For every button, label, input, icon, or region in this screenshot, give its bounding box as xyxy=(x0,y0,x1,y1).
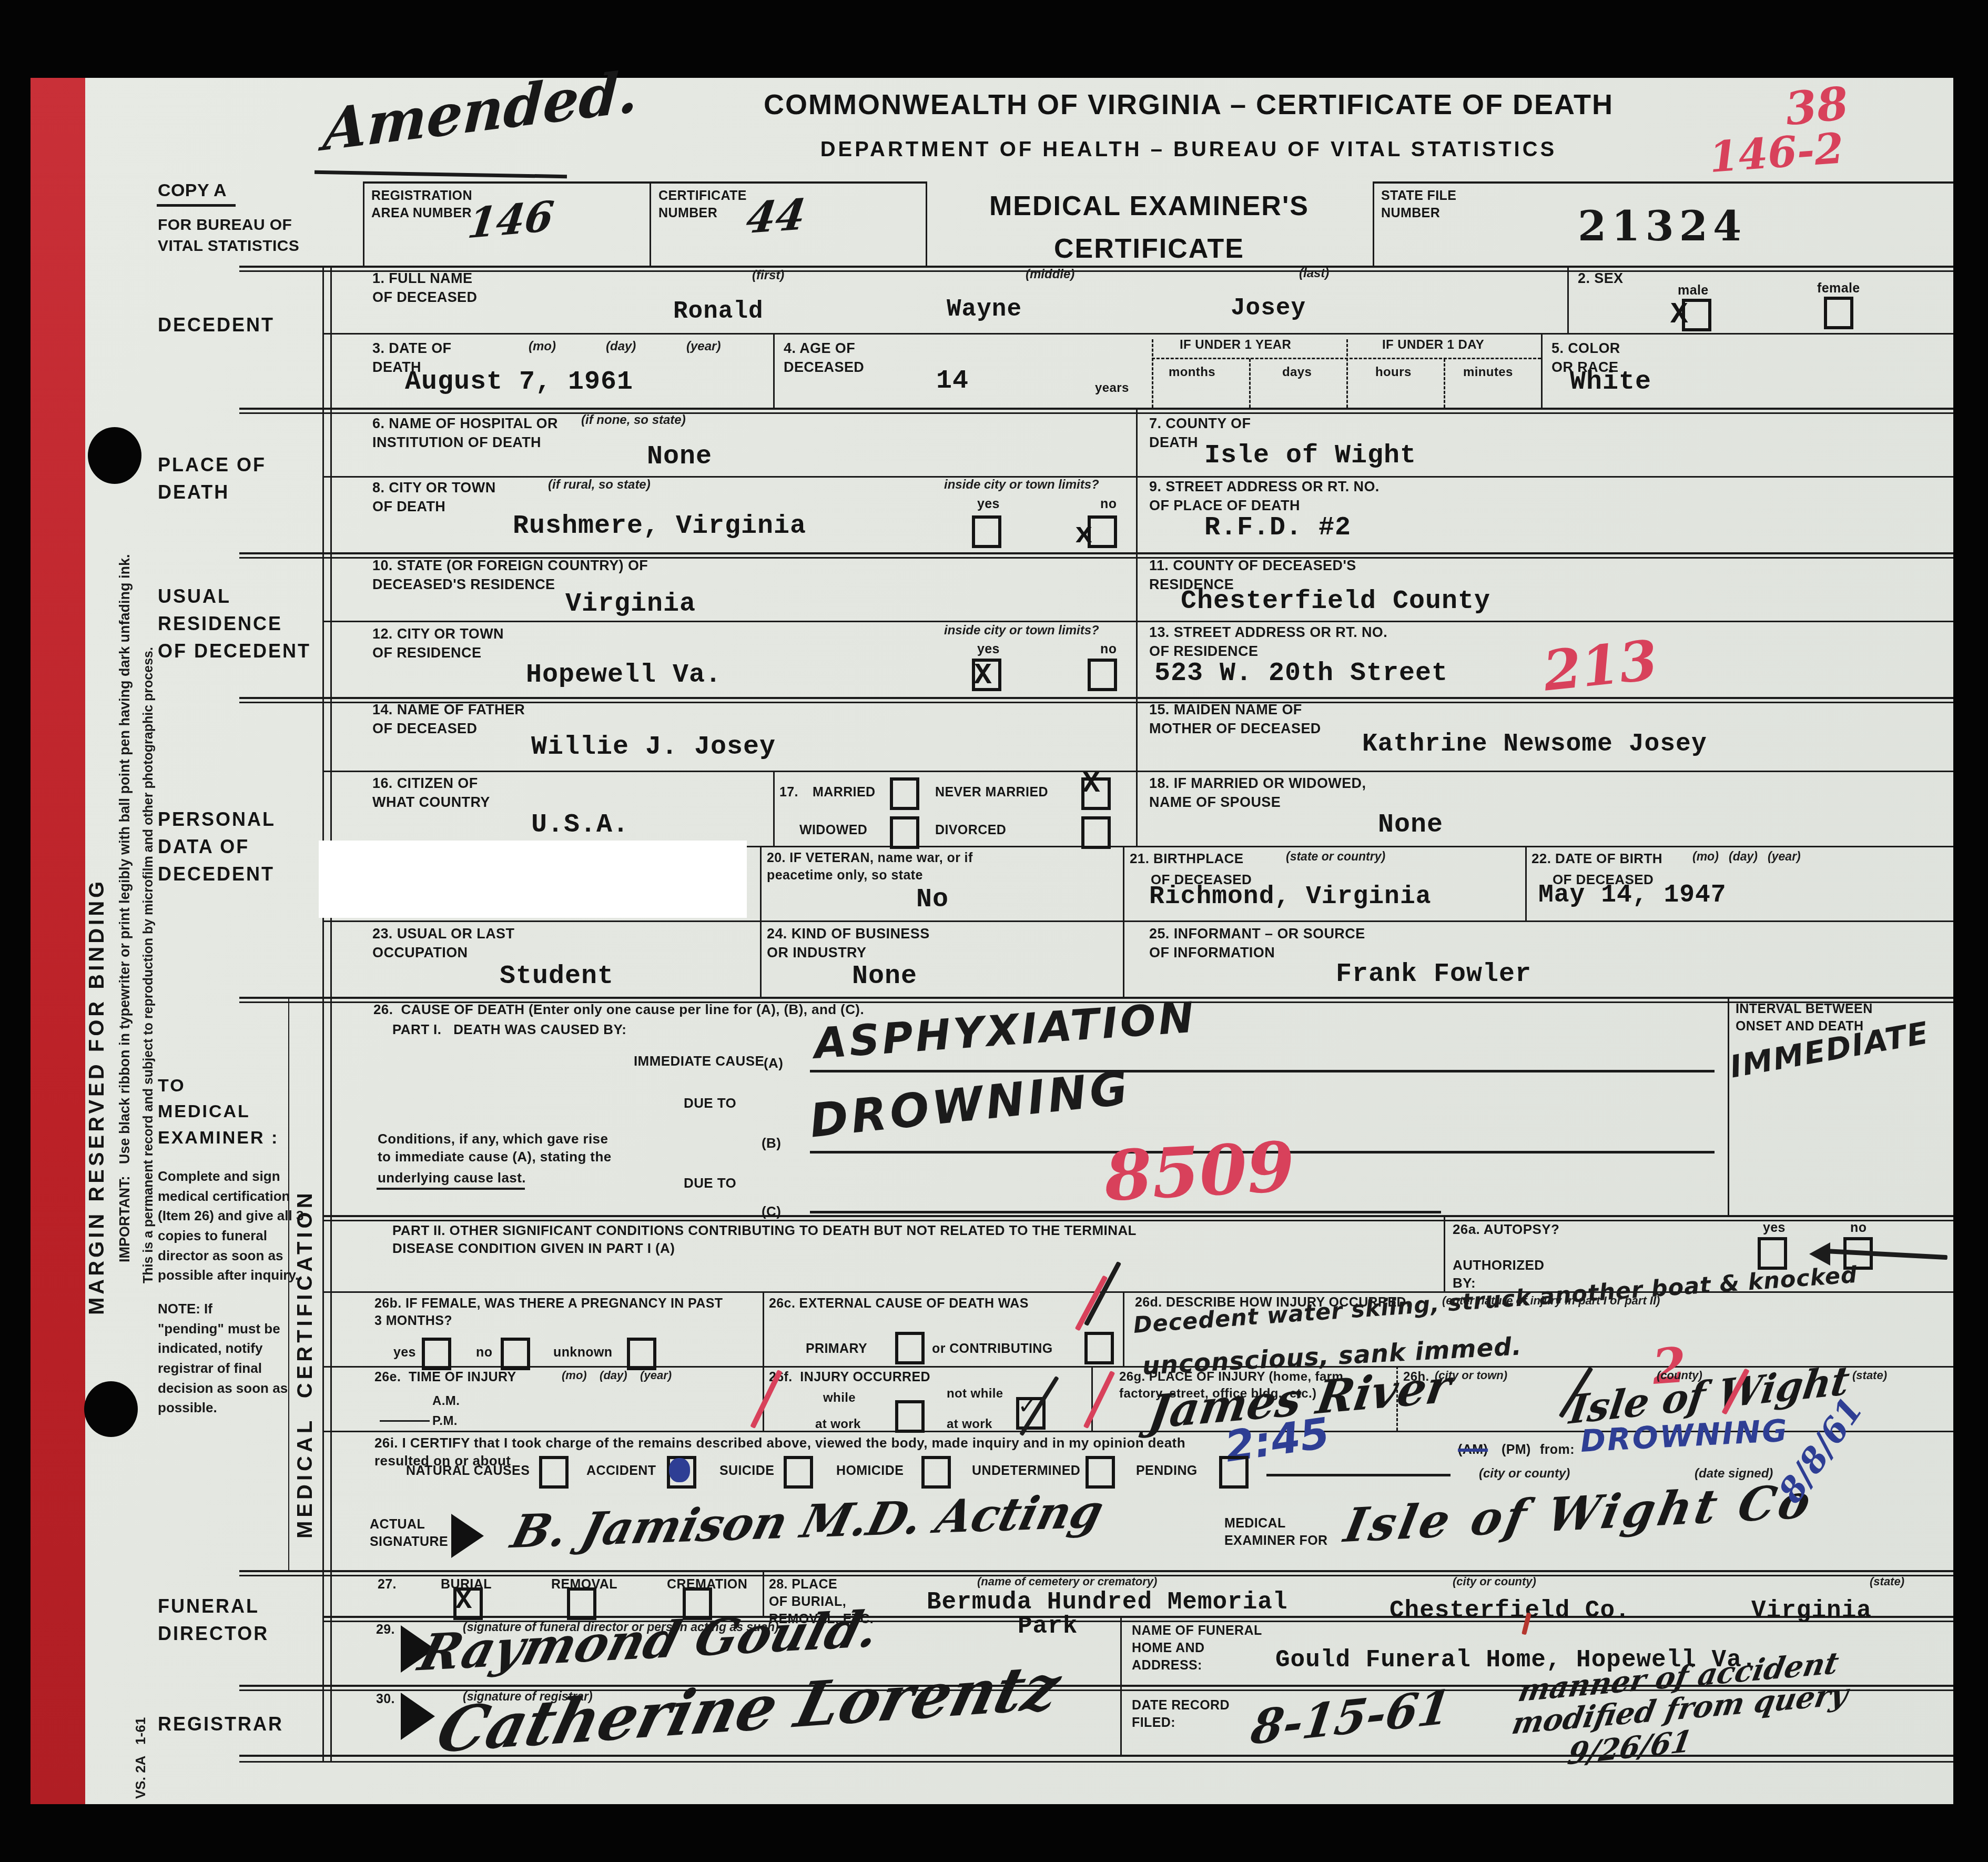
disposition-number: 27. xyxy=(378,1576,397,1593)
female-checkbox xyxy=(1824,297,1853,329)
line xyxy=(773,333,775,408)
immediate-cause-label: IMMEDIATE CAUSE xyxy=(634,1052,764,1070)
pending-checkbox xyxy=(1219,1456,1249,1489)
cause-b-tag: (B) xyxy=(762,1134,781,1152)
spouse-label: 18. IF MARRIED OR WIDOWED, NAME OF SPOUS… xyxy=(1149,774,1366,812)
line xyxy=(1541,333,1543,408)
dob-label: 22. DATE OF BIRTH xyxy=(1531,849,1662,867)
citizen-label: 16. CITIZEN OF WHAT COUNTRY xyxy=(372,774,490,812)
line xyxy=(322,621,1953,622)
registrar-number: 30. xyxy=(376,1691,395,1708)
at-work-label: at work xyxy=(815,1416,861,1433)
father-value: Willie J. Josey xyxy=(531,732,776,762)
hospital-hint: (if none, so state) xyxy=(581,413,686,428)
section-personal-data: PERSONAL DATA OF DECEDENT xyxy=(158,806,276,888)
pregnancy-no-checkbox xyxy=(501,1338,530,1370)
under-1-day-label: IF UNDER 1 DAY xyxy=(1382,337,1484,353)
red-file-note-bottom: 146-2 xyxy=(1708,123,1845,182)
suicide-checkbox xyxy=(784,1456,813,1489)
cemetery-hint: (name of cemetery or crematory) xyxy=(977,1575,1157,1588)
last-hint: (last) xyxy=(1299,266,1329,281)
redaction-box xyxy=(319,841,747,918)
pm-option-label: (PM) xyxy=(1502,1441,1531,1459)
pregnancy-yes-label: yes xyxy=(393,1344,416,1361)
business-value: None xyxy=(852,962,917,991)
state-residence-label: 10. STATE (OR FOREIGN COUNTRY) OF DECEAS… xyxy=(372,556,648,594)
pregnancy-yes-checkbox xyxy=(422,1338,451,1370)
pregnancy-no-label: no xyxy=(476,1344,492,1361)
conditions-note-underlined: underlying cause last. xyxy=(378,1169,526,1187)
hospital-value: None xyxy=(647,442,712,472)
year-hint: (year) xyxy=(686,339,721,354)
middle-hint: (middle) xyxy=(1026,267,1074,282)
line xyxy=(1728,997,1729,1215)
citizen-value: U.S.A. xyxy=(531,810,629,840)
injury-state-hint: (state) xyxy=(1852,1369,1887,1382)
line xyxy=(1249,359,1251,408)
line xyxy=(239,697,1953,699)
minutes-label: minutes xyxy=(1463,364,1513,381)
line xyxy=(1136,697,1138,771)
while-label: while xyxy=(823,1390,856,1406)
pm-label: P.M. xyxy=(432,1413,458,1430)
funeral-number: 29. xyxy=(376,1621,395,1638)
section-funeral-director: FUNERAL DIRECTOR xyxy=(158,1593,269,1647)
veteran-label: 20. IF VETERAN, name war, or if peacetim… xyxy=(767,849,973,884)
punch-hole xyxy=(88,427,141,484)
contributing-label: or CONTRIBUTING xyxy=(932,1340,1053,1358)
mo-hint: (mo) xyxy=(529,339,556,354)
first-hint: (first) xyxy=(752,268,784,283)
line xyxy=(1136,408,1138,552)
registrar-signature-arrow-icon xyxy=(401,1693,435,1740)
veteran-value: No xyxy=(916,885,949,915)
autopsy-yes-label: yes xyxy=(1763,1219,1786,1237)
birthplace-value: Richmond, Virginia xyxy=(1149,883,1431,911)
line xyxy=(239,997,1953,999)
autopsy-label: 26a. AUTOPSY? xyxy=(1453,1220,1559,1238)
homicide-checkbox xyxy=(921,1456,951,1489)
line xyxy=(330,266,332,1761)
am-struck-label: (AM) xyxy=(1458,1441,1488,1459)
state-file-number-value: 21324 xyxy=(1578,203,1747,250)
marital-number: 17. xyxy=(779,784,798,801)
cause-of-death-label: 26. CAUSE OF DEATH (Enter only one cause… xyxy=(373,1000,864,1018)
cause-a-tag: (A) xyxy=(764,1054,783,1072)
sex-male-label: male xyxy=(1678,282,1709,299)
dob-hints: (mo) (day) (year) xyxy=(1692,849,1801,864)
signature-arrow-icon xyxy=(451,1514,484,1558)
pregnancy-label: 26b. IF FEMALE, WAS THERE A PREGNANCY IN… xyxy=(374,1295,723,1330)
section-medical-certification: MEDICAL CERTIFICATION xyxy=(293,1044,317,1539)
line xyxy=(239,408,1953,410)
occupation-label: 23. USUAL OR LAST OCCUPATION xyxy=(372,925,514,962)
line xyxy=(322,333,1953,335)
limits-no-checkbox-2 xyxy=(1088,659,1117,691)
line xyxy=(239,412,1953,414)
street-residence-value: 523 W. 20th Street xyxy=(1154,659,1448,689)
father-label: 14. NAME OF FATHER OF DECEASED xyxy=(372,701,525,738)
form-code: VS. 2A 1-61 xyxy=(133,1662,149,1799)
not-while-label: not while xyxy=(947,1385,1003,1402)
line xyxy=(1123,920,1124,997)
line xyxy=(760,920,762,997)
line xyxy=(322,1215,1953,1217)
line xyxy=(322,1366,1953,1368)
sex-label: 2. SEX xyxy=(1578,269,1623,288)
section-decedent: DECEDENT xyxy=(158,311,275,339)
time-blank-line xyxy=(380,1420,430,1422)
natural-causes-checkbox xyxy=(539,1456,569,1489)
state-residence-value: Virginia xyxy=(565,589,696,619)
line xyxy=(1373,181,1374,267)
pregnancy-unknown-label: unknown xyxy=(553,1344,613,1361)
copy-label: COPY A xyxy=(158,179,227,203)
conditions-note: Conditions, if any, which gave rise to i… xyxy=(378,1130,612,1166)
spouse-value: None xyxy=(1378,810,1443,840)
conditions-underline xyxy=(377,1188,525,1190)
street-residence-red-annotation: 213 xyxy=(1540,628,1661,704)
funeral-home-label: NAME OF FUNERAL HOME AND ADDRESS: xyxy=(1132,1622,1262,1674)
binding-strip xyxy=(31,78,85,1804)
line xyxy=(239,552,1953,554)
first-name-value: Ronald xyxy=(673,298,764,325)
actual-signature-label: ACTUAL SIGNATURE xyxy=(370,1516,448,1551)
section-usual-residence: USUAL RESIDENCE OF DECEDENT xyxy=(158,583,311,665)
primary-checkbox xyxy=(895,1332,925,1364)
medical-examiners-certificate-title: MEDICAL EXAMINER'S CERTIFICATE xyxy=(931,185,1367,270)
injury-occurred-label: 26f. INJURY OCCURRED xyxy=(769,1369,930,1386)
death-certificate-scan: MARGIN RESERVED FOR BINDING IMPORTANT: U… xyxy=(0,0,1988,1862)
external-cause-label: 26c. EXTERNAL CAUSE OF DEATH WAS xyxy=(769,1295,1029,1312)
document-subtitle: DEPARTMENT OF HEALTH – BUREAU OF VITAL S… xyxy=(663,138,1715,161)
margin-important-note: IMPORTANT: Use black ribbon in typewrite… xyxy=(117,337,133,1262)
line xyxy=(1444,1215,1445,1291)
never-married-label: NEVER MARRIED xyxy=(935,784,1048,801)
married-checkbox xyxy=(890,777,919,810)
section-to-medical-examiner: TO MEDICAL EXAMINER : xyxy=(158,1073,279,1151)
informant-label: 25. INFORMANT – OR SOURCE OF INFORMATION xyxy=(1149,925,1365,962)
age-unit-label: years xyxy=(1095,380,1129,397)
widowed-label: WIDOWED xyxy=(799,822,867,839)
line xyxy=(1120,1616,1122,1755)
line xyxy=(773,771,775,846)
am-label: A.M. xyxy=(432,1393,460,1410)
hours-label: hours xyxy=(1375,364,1412,381)
margin-permanent-note: This is a permanent record and subject t… xyxy=(141,389,156,1283)
part2-label: PART II. OTHER SIGNIFICANT CONDITIONS CO… xyxy=(392,1221,1137,1258)
limits-question: inside city or town limits? xyxy=(944,478,1099,492)
undetermined-checkbox xyxy=(1086,1456,1115,1489)
months-label: months xyxy=(1169,364,1215,381)
city-of-death-hint: (if rural, so state) xyxy=(548,478,651,492)
section-registrar: REGISTRAR xyxy=(158,1711,283,1738)
line xyxy=(650,181,651,267)
informant-value: Frank Fowler xyxy=(1336,959,1531,989)
city-of-death-label: 8. CITY OR TOWN OF DEATH xyxy=(372,479,496,516)
margin-binding-note: MARGIN RESERVED FOR BINDING xyxy=(85,552,109,1315)
line xyxy=(239,1570,1953,1572)
mother-value: Kathrine Newsome Josey xyxy=(1362,730,1707,758)
line xyxy=(1123,846,1124,920)
burial-state-value: Virginia xyxy=(1751,1597,1872,1624)
accident-label: ACCIDENT xyxy=(586,1462,656,1480)
county-of-death-value: Isle of Wight xyxy=(1204,441,1416,471)
city-county-hint: (city or county) xyxy=(1479,1466,1570,1481)
widowed-checkbox xyxy=(890,816,919,849)
never-married-checkbox-mark: X xyxy=(1082,767,1100,801)
line xyxy=(1373,181,1953,184)
injury-city-number: 26h. xyxy=(1403,1369,1429,1385)
punch-hole xyxy=(84,1381,138,1437)
under-1-year-label: IF UNDER 1 YEAR xyxy=(1180,337,1291,353)
primary-label: PRIMARY xyxy=(806,1340,867,1358)
line xyxy=(760,846,762,920)
birthplace-hint: (state or country) xyxy=(1286,849,1385,864)
document-title: COMMONWEALTH OF VIRGINIA – CERTIFICATE O… xyxy=(610,88,1767,121)
homicide-label: HOMICIDE xyxy=(836,1462,904,1480)
line xyxy=(363,181,364,267)
line xyxy=(1525,846,1527,920)
birthplace-label: 21. BIRTHPLACE xyxy=(1130,849,1244,867)
line xyxy=(239,270,1953,272)
medical-examiner-for-label: MEDICAL EXAMINER FOR xyxy=(1224,1515,1327,1550)
day-hint: (day) xyxy=(606,339,636,354)
burial-state-hint: (state) xyxy=(1870,1575,1904,1588)
hospital-label: 6. NAME OF HOSPITAL OR INSTITUTION OF DE… xyxy=(372,414,558,452)
limits-no-label: no xyxy=(1100,495,1117,513)
due-to-1-label: DUE TO xyxy=(684,1094,736,1112)
line xyxy=(288,997,289,1570)
certificate-number-value: 44 xyxy=(743,189,808,244)
registration-area-value: 146 xyxy=(465,192,556,248)
age-value: 14 xyxy=(936,366,969,396)
limits-no-label-2: no xyxy=(1100,641,1117,658)
place-of-burial-value: Bermuda Hundred Memorial xyxy=(927,1588,1288,1616)
line xyxy=(1444,359,1445,408)
divorced-label: DIVORCED xyxy=(935,822,1006,839)
autopsy-yes-checkbox xyxy=(1758,1237,1787,1270)
suicide-label: SUICIDE xyxy=(719,1462,774,1480)
cause-c-tag: (C) xyxy=(762,1202,781,1220)
registration-area-label: REGISTRATION AREA NUMBER xyxy=(371,187,472,222)
burial-checkbox-mark: X xyxy=(455,1585,472,1616)
undetermined-label: UNDETERMINED xyxy=(972,1462,1080,1480)
street-of-death-value: R.F.D. #2 xyxy=(1204,513,1351,543)
natural-causes-label: NATURAL CAUSES xyxy=(406,1462,530,1480)
date-of-death-value: August 7, 1961 xyxy=(405,367,633,397)
city-residence-value: Hopewell Va. xyxy=(526,660,722,690)
place-of-burial-value2: Park xyxy=(1018,1613,1078,1640)
dob-value: May 14, 1947 xyxy=(1538,881,1727,909)
at-work2-label: at work xyxy=(947,1416,992,1433)
limits-no-checkbox-mark: x xyxy=(1075,518,1093,551)
business-label: 24. KIND OF BUSINESS OR INDUSTRY xyxy=(767,925,930,962)
middle-name-value: Wayne xyxy=(947,296,1022,323)
street-of-death-label: 9. STREET ADDRESS OR RT. NO. OF PLACE OF… xyxy=(1149,478,1380,515)
state-file-number-label: STATE FILE NUMBER xyxy=(1381,187,1456,222)
pending-label: PENDING xyxy=(1136,1462,1198,1480)
autopsy-no-arrow-icon xyxy=(1809,1242,1830,1266)
days-label: days xyxy=(1282,364,1312,381)
time-of-injury-hints: (mo) (day) (year) xyxy=(562,1369,672,1382)
line xyxy=(322,920,1953,922)
color-race-value: White xyxy=(1570,367,1651,397)
red-code-annotation: 8509 xyxy=(1102,1126,1296,1217)
date-record-filed-label: DATE RECORD FILED: xyxy=(1132,1697,1230,1732)
certificate-number-label: CERTIFICATE NUMBER xyxy=(658,187,747,222)
line xyxy=(1567,266,1569,333)
accident-checkbox-mark xyxy=(669,1458,690,1482)
line xyxy=(1123,1291,1124,1366)
limits-yes-label-2: yes xyxy=(977,641,1000,658)
limits-question-2: inside city or town limits? xyxy=(944,623,1099,638)
copy-sublabel: FOR BUREAU OF VITAL STATISTICS xyxy=(158,215,299,256)
line xyxy=(363,181,927,184)
occupation-value: Student xyxy=(500,962,614,991)
male-checkbox-mark: X xyxy=(1670,298,1688,331)
section-place-of-death: PLACE OF DEATH xyxy=(158,451,266,506)
paper-sheet xyxy=(31,78,1953,1804)
divorced-checkbox xyxy=(1081,816,1111,849)
death-time-line xyxy=(1266,1474,1451,1476)
last-name-value: Josey xyxy=(1231,295,1306,322)
line xyxy=(322,266,324,1761)
line xyxy=(1152,339,1153,408)
line xyxy=(926,181,927,267)
line xyxy=(1346,339,1348,408)
line xyxy=(1136,552,1138,697)
line xyxy=(239,266,1953,268)
part1-label: PART I. DEATH WAS CAUSED BY: xyxy=(392,1020,626,1038)
city-residence-label: 12. CITY OR TOWN OF RESIDENCE xyxy=(372,625,504,662)
county-residence-value: Chesterfield County xyxy=(1181,586,1490,616)
limits-yes-label: yes xyxy=(977,495,1000,513)
limits-yes-checkbox xyxy=(972,515,1001,548)
while-at-work-checkbox xyxy=(895,1400,925,1433)
age-label: 4. AGE OF DECEASED xyxy=(784,339,864,377)
sex-female-label: female xyxy=(1817,280,1860,297)
street-residence-label: 13. STREET ADDRESS OR RT. NO. OF RESIDEN… xyxy=(1149,623,1387,661)
injury-city-hint: (city or town) xyxy=(1435,1369,1507,1382)
line xyxy=(322,771,1953,772)
contributing-checkbox xyxy=(1084,1332,1114,1364)
full-name-label: 1. FULL NAME OF DECEASED xyxy=(372,269,477,307)
mother-label: 15. MAIDEN NAME OF MOTHER OF DECEASED xyxy=(1149,701,1321,738)
time-of-injury-label: 26e. TIME OF INJURY xyxy=(374,1369,516,1386)
copy-underline xyxy=(157,204,236,207)
line xyxy=(1152,358,1541,359)
cause-a-line xyxy=(810,1070,1715,1072)
due-to-2-label: DUE TO xyxy=(684,1174,736,1192)
burial-city-hint: (city or county) xyxy=(1453,1575,1536,1588)
pregnancy-unknown-checkbox xyxy=(627,1338,656,1370)
from-label: from: xyxy=(1540,1441,1575,1459)
limits-yes-checkbox-2-mark: X xyxy=(974,659,992,692)
burial-city-value: Chesterfield Co. xyxy=(1389,1597,1630,1624)
city-of-death-value: Rushmere, Virginia xyxy=(513,511,806,541)
line xyxy=(763,1291,764,1366)
autopsy-no-label: no xyxy=(1850,1219,1867,1237)
married-label: MARRIED xyxy=(813,784,875,801)
line xyxy=(1136,771,1138,846)
